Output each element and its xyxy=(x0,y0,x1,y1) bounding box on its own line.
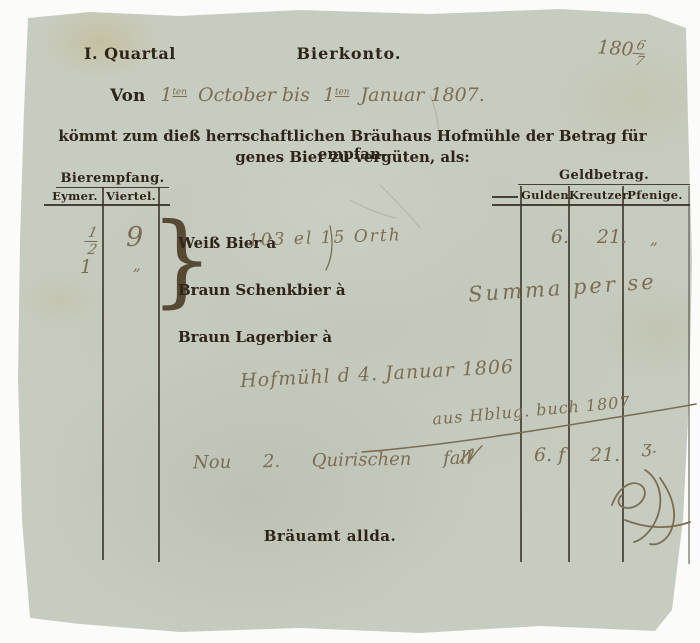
year-prefix: 180 xyxy=(597,36,635,60)
geld-col-kreutzer: Kreutzer. xyxy=(569,188,621,202)
bottom-kreutzer-value: 21. xyxy=(590,444,620,466)
period-to-sup: ten xyxy=(335,88,349,98)
year-denominator: 7 xyxy=(634,54,646,68)
period-to-day: 1 xyxy=(323,84,335,106)
period-line: Von 1ten October bis 1ten Januar 1807. xyxy=(110,84,485,106)
bier-table-title: Bierempfang. xyxy=(56,171,169,188)
geld-col-pfenige: Pfenige. xyxy=(624,188,686,202)
item-schenkbier-label: Braun Schenkbier à xyxy=(178,281,346,299)
page-title: Bierkonto. xyxy=(283,44,415,63)
bier-divider-1 xyxy=(102,187,104,560)
year-numerator: 6 xyxy=(633,39,649,55)
geld-divider-4 xyxy=(688,186,690,564)
viertel-value-2: „ xyxy=(133,256,141,274)
item-lagerbier-label: Braun Lagerbier à xyxy=(178,328,332,346)
bier-col-eymer: Eymer. xyxy=(48,189,102,203)
quarter-label: I. Quartal xyxy=(84,44,176,63)
geld-stub-rule xyxy=(492,196,518,198)
kreutzer-value: 21. xyxy=(588,226,636,248)
period-from-sup: ten xyxy=(173,88,187,98)
year-fraction: 18067 xyxy=(596,36,647,68)
footer-brauamt: Bräuamt allda. xyxy=(242,527,418,545)
geld-table-title: Geldbetrag. xyxy=(518,168,690,185)
bottom-pfenige-value: ʒ. xyxy=(642,438,657,458)
pfenige-value: „ xyxy=(650,230,658,248)
viertel-value-1: 9 xyxy=(126,222,143,253)
intro-line-2: genes Bier zu vergüten, als: xyxy=(40,148,665,166)
eymer-value-2: 1 xyxy=(80,256,92,278)
geld-divider-1 xyxy=(520,186,522,562)
period-from-day: 1 xyxy=(160,84,172,106)
period-von: Von xyxy=(110,86,145,106)
gulden-value: 6. xyxy=(538,226,582,248)
eymer-frac-den: 2 xyxy=(86,242,98,257)
geld-col-gulden: Gulden. xyxy=(521,188,567,202)
eymer-frac-num: 1 xyxy=(84,226,100,242)
period-from-rest: October bis xyxy=(198,84,310,106)
eymer-value-fraction: 12 xyxy=(86,226,99,257)
period-to-rest: Januar 1807. xyxy=(361,84,485,106)
bottom-gulden-value: 6. f xyxy=(534,444,565,466)
